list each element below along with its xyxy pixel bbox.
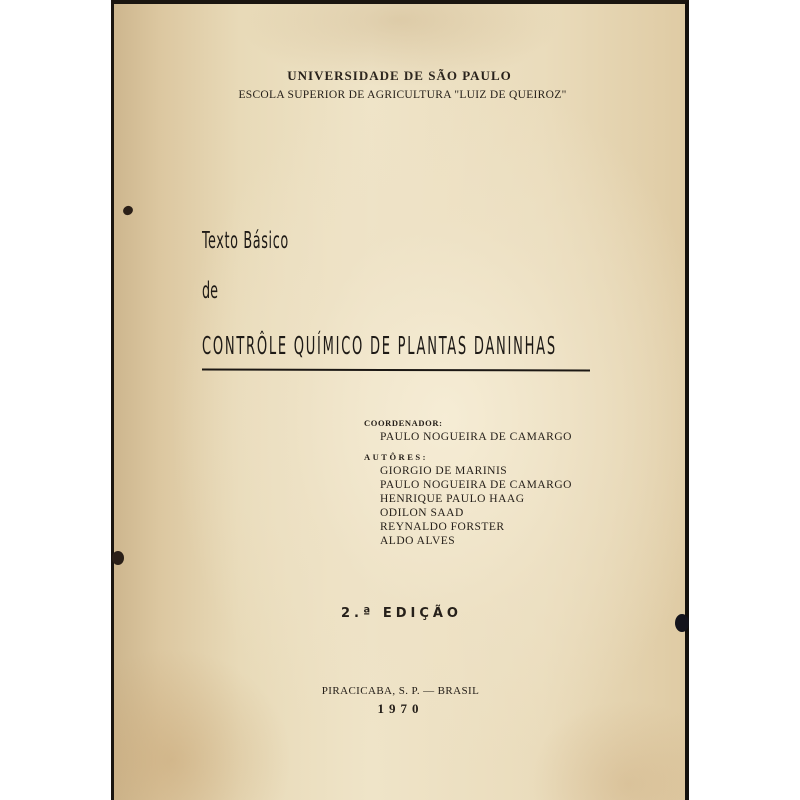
coordinator-name: PAULO NOGUEIRA DE CAMARGO xyxy=(380,431,572,443)
author-name: PAULO NOGUEIRA DE CAMARGO xyxy=(380,478,572,492)
publication-place: PIRACICABA, S. P. — BRASIL xyxy=(114,685,685,697)
school-name: ESCOLA SUPERIOR DE AGRICULTURA "LUIZ DE … xyxy=(114,89,685,101)
author-name: REYNALDO FORSTER xyxy=(380,520,572,534)
title-underline xyxy=(202,368,590,371)
institution-name: UNIVERSIDADE DE SÃO PAULO xyxy=(114,68,685,84)
authors-label: AUTÔRES: xyxy=(364,452,428,462)
author-name: ALDO ALVES xyxy=(380,534,572,548)
publication-year: 1970 xyxy=(114,701,685,717)
coordinator-label: COORDENADOR: xyxy=(364,418,443,428)
main-title: CONTRÔLE QUÍMICO DE PLANTAS DANINHAS xyxy=(202,331,557,360)
authors-list: GIORGIO DE MARINIS PAULO NOGUEIRA DE CAM… xyxy=(380,464,572,548)
author-name: HENRIQUE PAULO HAAG xyxy=(380,492,572,506)
author-name: GIORGIO DE MARINIS xyxy=(380,464,572,478)
book-cover-page: UNIVERSIDADE DE SÃO PAULO ESCOLA SUPERIO… xyxy=(111,0,689,800)
ink-stain xyxy=(121,204,134,217)
ink-stain xyxy=(112,551,124,565)
edition: 2.ª EDIÇÃO xyxy=(114,606,685,621)
title-line-1: Texto Básico xyxy=(202,228,289,254)
author-name: ODILON SAAD xyxy=(380,506,572,520)
title-line-2: de xyxy=(202,278,218,304)
